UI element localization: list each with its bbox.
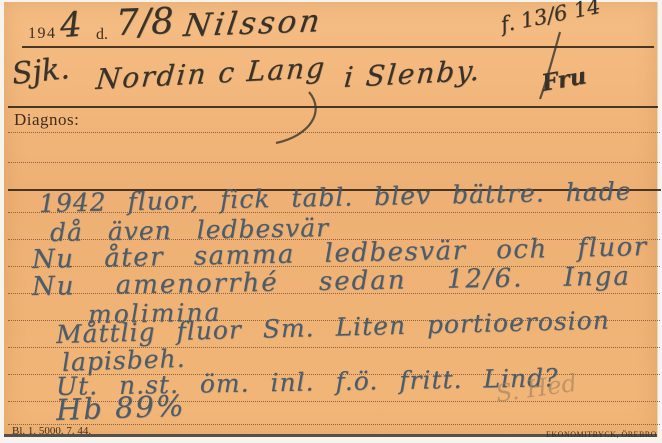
note-line: 1942 fluor, fick tabl. blev bättre. hade [39, 179, 632, 216]
header-rule-1 [22, 46, 654, 48]
scanned-record-card-page: { "colors": { "card_bg": "#f2b678", "ink… [0, 0, 662, 443]
handwritten-patient-name: Nilsson [182, 6, 325, 42]
handwritten-address-name: Nordin c Lang [95, 54, 328, 94]
handwritten-date: 7/8 [115, 4, 174, 42]
handwritten-birthdate: f. 13/6 14 [499, 0, 602, 36]
handwritten-title-fru: Fru [540, 64, 588, 94]
printed-day-label: d. [96, 26, 108, 44]
printer-imprint: EKONOMITRYCK, ÖREBRO [546, 430, 657, 439]
dotted-rule [8, 162, 660, 163]
record-card: 194 4 d. 7/8 Nilsson f. 13/6 14 Fru Sjk.… [4, 2, 657, 437]
handwritten-year-digit: 4 [59, 8, 83, 43]
handwritten-address-prefix: Sjk. [10, 54, 70, 90]
handwritten-address-place: i Slenby. [343, 57, 483, 92]
diagnosis-label: Diagnos: [14, 110, 79, 130]
dotted-rule [8, 132, 660, 133]
header-rule-2 [8, 106, 658, 108]
form-number: Bl. 1. 5000. 7. 44. [12, 425, 91, 437]
printed-year-prefix: 194 [28, 25, 57, 43]
hb-value: Hb 89% [55, 391, 185, 425]
